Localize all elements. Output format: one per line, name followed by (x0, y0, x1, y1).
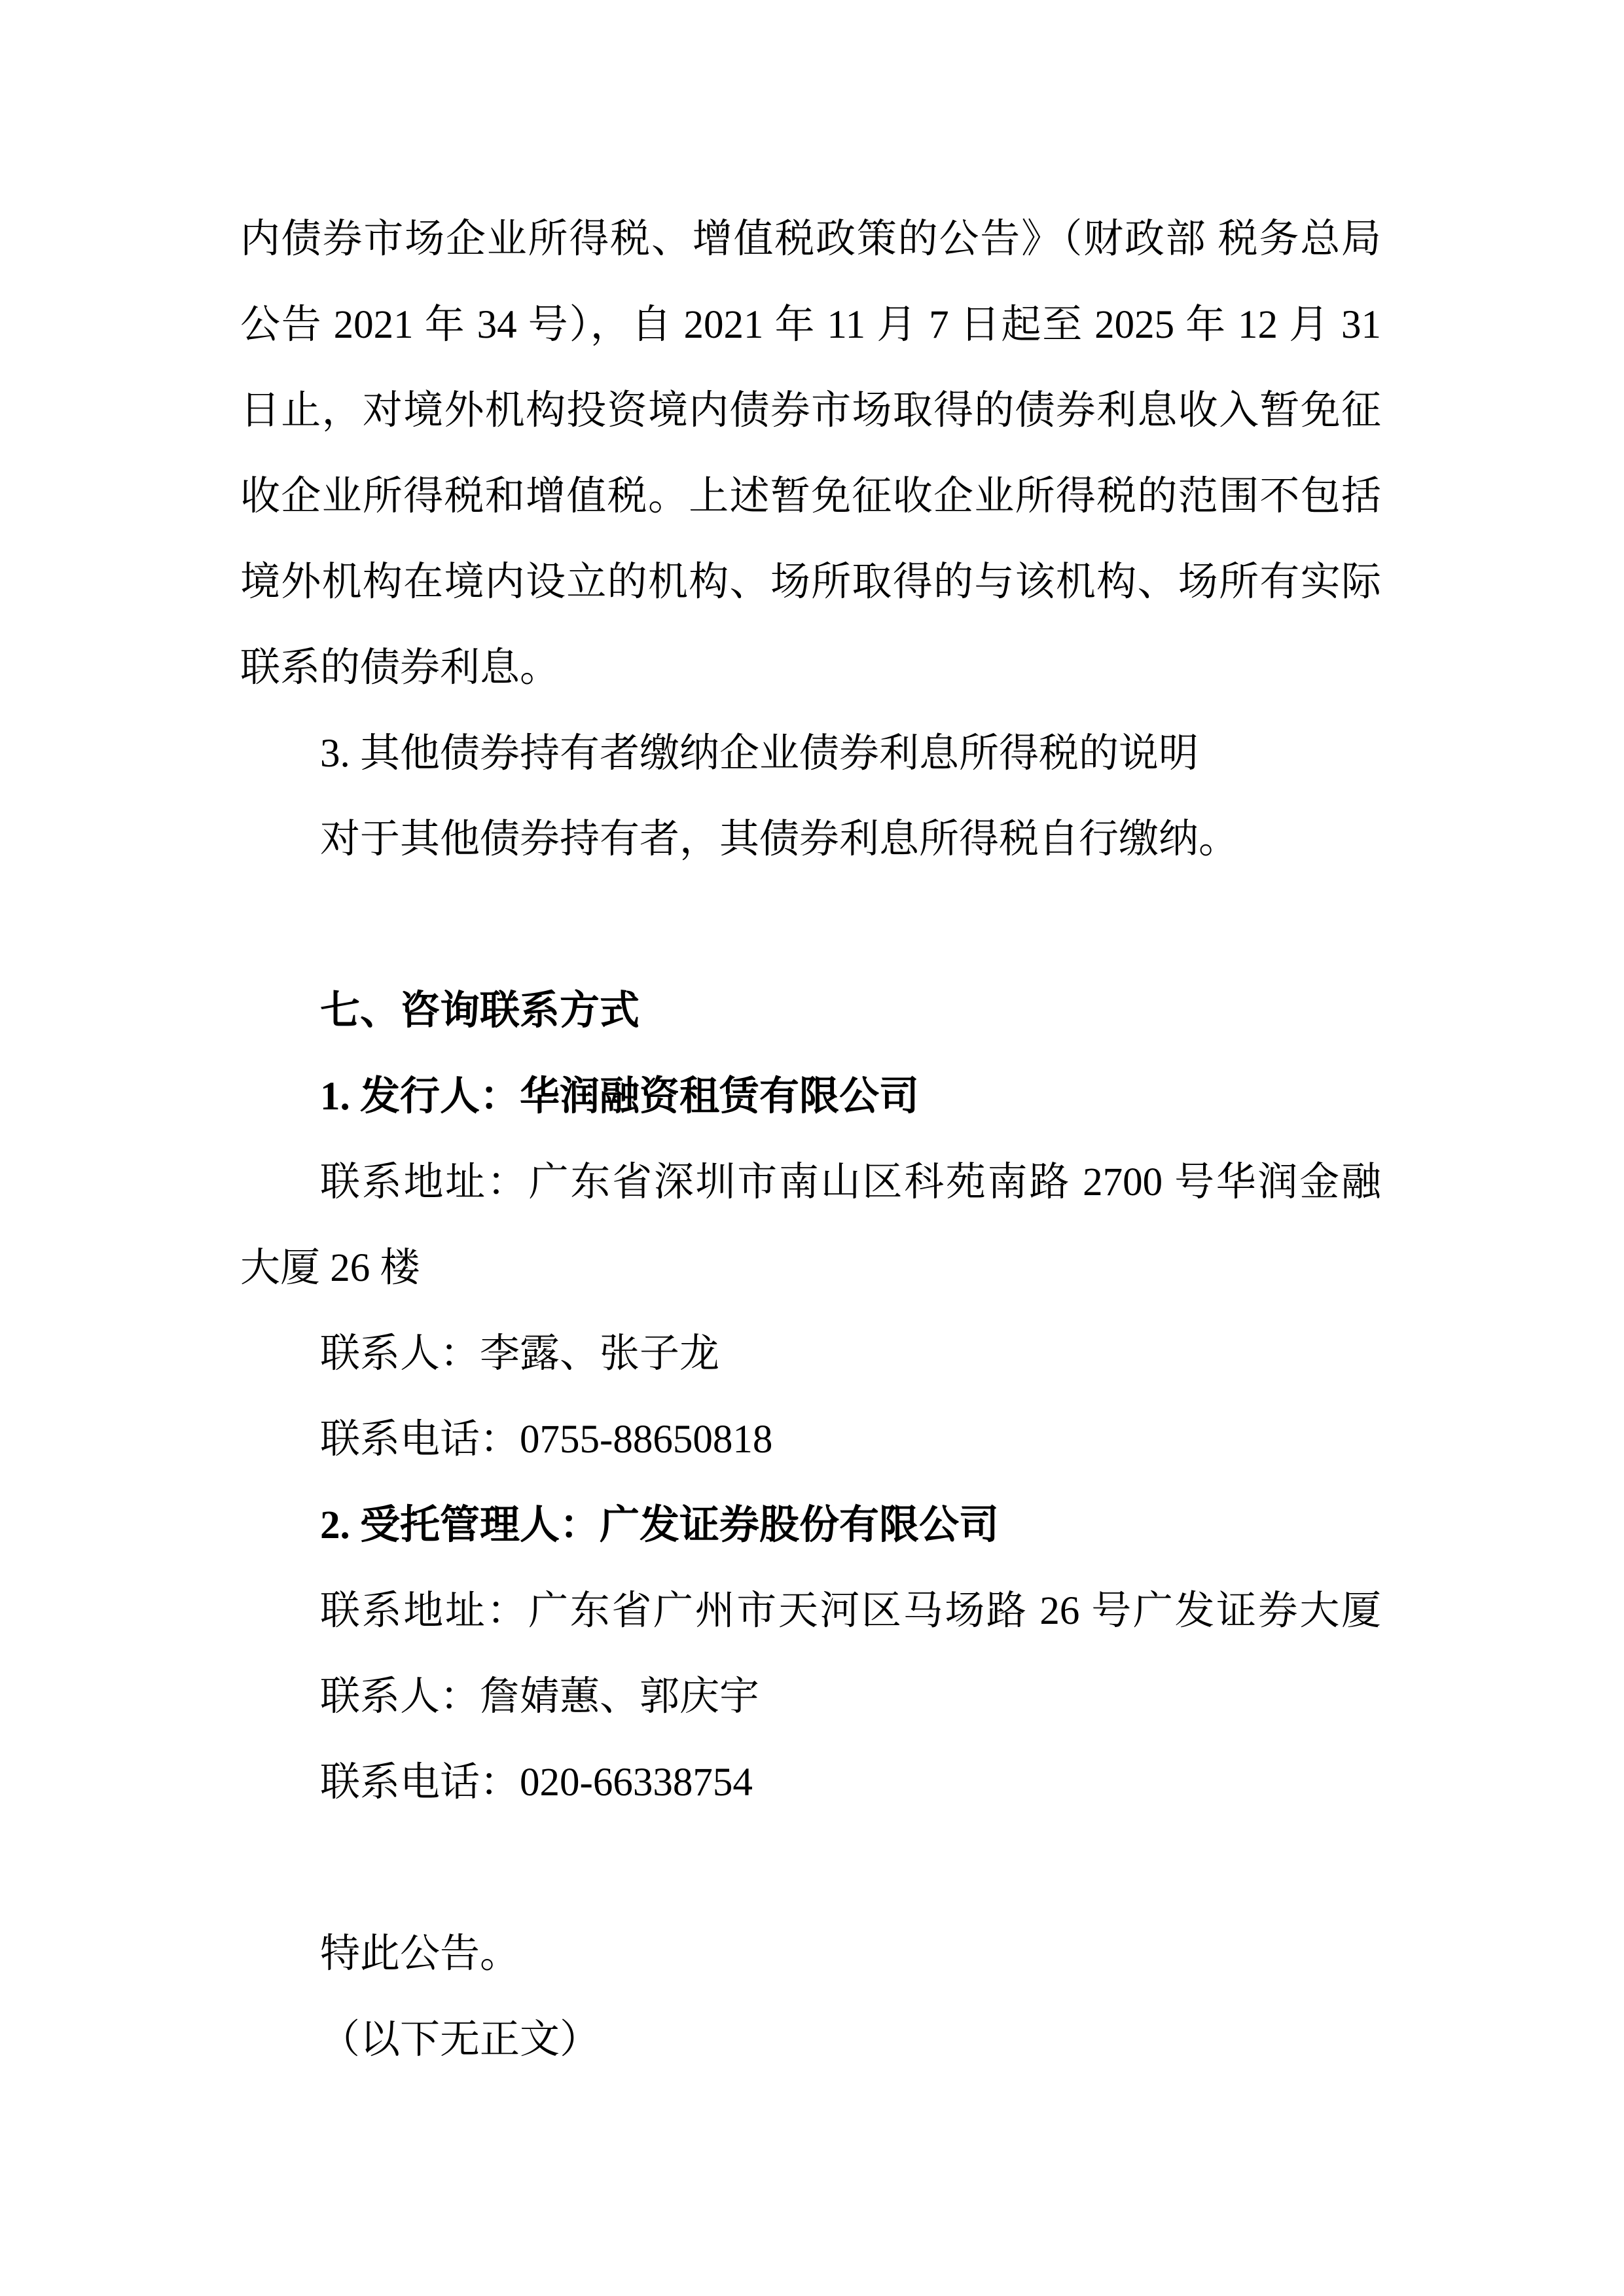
issuer-address-line-2: 大厦 26 楼 (240, 1225, 1381, 1311)
document-content: 内债券市场企业所得税、增值税政策的公告》（财政部 税务总局公告 2021 年 3… (240, 196, 1381, 2083)
paragraph-tax-policy-line-3: 日止，对境外机构投资境内债券市场取得的债券利息收入暂免征 (240, 368, 1381, 454)
paragraph-tax-policy-line-2: 公告 2021 年 34 号），自 2021 年 11 月 7 日起至 2025… (240, 282, 1381, 368)
trustee-heading: 2. 受托管理人：广发证券股份有限公司 (240, 1482, 1381, 1568)
issuer-phone: 联系电话：0755-88650818 (240, 1397, 1381, 1482)
trustee-contacts: 联系人：詹婧蕙、郭庆宇 (240, 1654, 1381, 1740)
paragraph-tax-policy-line-6: 联系的债券利息。 (240, 625, 1381, 711)
issuer-address-line-1: 联系地址：广东省深圳市南山区科苑南路 2700 号华润金融 (240, 1139, 1381, 1225)
blank-line (240, 882, 1381, 968)
item-3-body: 对于其他债券持有者，其债券利息所得税自行缴纳。 (240, 797, 1381, 882)
paragraph-tax-policy-line-5: 境外机构在境内设立的机构、场所取得的与该机构、场所有实际 (240, 539, 1381, 625)
issuer-contacts: 联系人：李露、张子龙 (240, 1311, 1381, 1397)
blank-line (240, 1825, 1381, 1911)
trustee-phone: 联系电话：020-66338754 (240, 1740, 1381, 1825)
paragraph-tax-policy-line-1: 内债券市场企业所得税、增值税政策的公告》（财政部 税务总局 (240, 196, 1381, 282)
document-page: 内债券市场企业所得税、增值税政策的公告》（财政部 税务总局公告 2021 年 3… (0, 0, 1624, 2296)
trustee-address: 联系地址：广东省广州市天河区马场路 26 号广发证券大厦 (240, 1568, 1381, 1654)
item-3-heading: 3. 其他债券持有者缴纳企业债券利息所得税的说明 (240, 711, 1381, 797)
paragraph-tax-policy-line-4: 收企业所得税和增值税。上述暂免征收企业所得税的范围不包括 (240, 454, 1381, 539)
closing-statement: 特此公告。 (240, 1911, 1381, 1997)
issuer-heading: 1. 发行人：华润融资租赁有限公司 (240, 1054, 1381, 1139)
section-heading-contact: 七、咨询联系方式 (240, 968, 1381, 1054)
no-more-text-note: （以下无正文） (240, 1997, 1381, 2083)
